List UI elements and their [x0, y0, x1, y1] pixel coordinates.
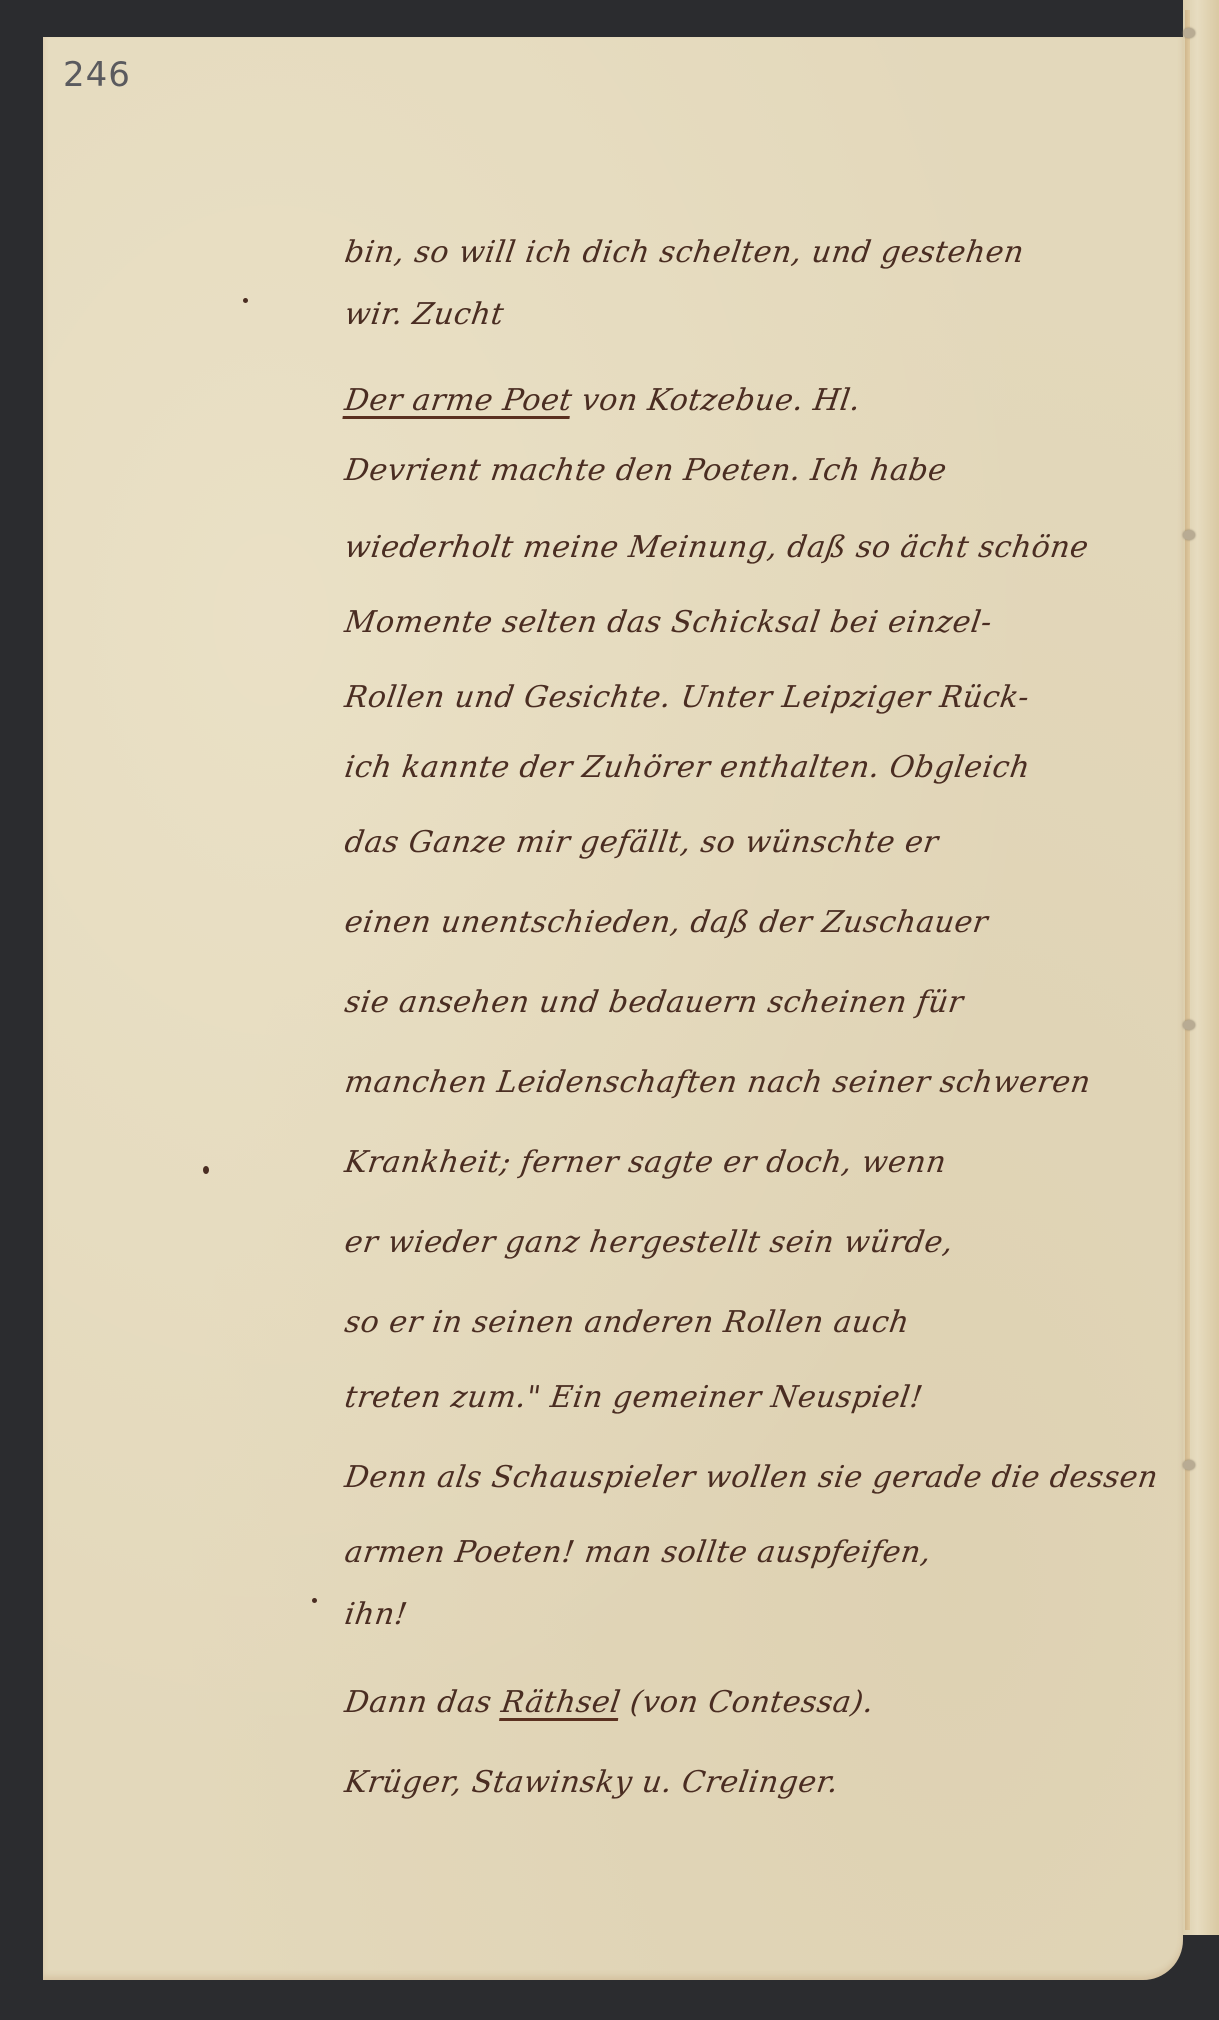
text-line: Devrient machte den Poeten. Ich habe [343, 453, 950, 488]
play-title: Räthsel [499, 1685, 623, 1720]
title-line: Dann das Räthsel (von Contessa). [343, 1685, 877, 1720]
binding-strip [1185, 10, 1190, 1930]
text-line: er wieder ganz hergestellt sein würde, [343, 1225, 956, 1260]
text-line: ich kannte der Zuhörer enthalten. Obglei… [343, 750, 1033, 785]
text-line: Denn als Schauspieler wollen sie gerade … [343, 1460, 1161, 1495]
text-line: wir. Zucht [343, 297, 507, 332]
binding-stitch [1183, 1460, 1195, 1470]
ink-dot [243, 298, 248, 303]
text-line: ihn! [343, 1597, 410, 1632]
binding-stitch [1183, 530, 1195, 540]
ink-dot [312, 1598, 317, 1603]
author-note: von Kotzebue. Hl. [570, 383, 863, 418]
text-line: Rollen und Gesichte. Unter Leipziger Rüc… [343, 680, 1032, 715]
manuscript-scan: 246 bin, so will ich dich schelten, und … [0, 0, 1219, 2020]
folio-number: 246 [63, 55, 131, 95]
text-line: sie ansehen und bedauern scheinen für [343, 985, 966, 1020]
text-line: armen Poeten! man sollte auspfeifen, [343, 1535, 934, 1570]
text-line: treten zum." Ein gemeiner Neuspiel! [343, 1380, 926, 1415]
text-line: so er in seinen anderen Rollen auch [343, 1305, 912, 1340]
text-line: Momente selten das Schicksal bei einzel- [343, 605, 995, 640]
author-note: (von Contessa). [618, 1685, 876, 1720]
text-line: das Ganze mir gefällt, so wünschte er [343, 825, 941, 860]
title-line: Der arme Poet von Kotzebue. Hl. [343, 383, 863, 418]
ink-dot [203, 1166, 209, 1174]
binding-stitch [1183, 1020, 1195, 1030]
play-title: Der arme Poet [343, 383, 575, 418]
text-line: Krankheit; ferner sagte er doch, wenn [343, 1145, 949, 1180]
binding-stitch [1183, 28, 1195, 38]
text-line: einen unentschieden, daß der Zuschauer [343, 905, 991, 940]
text-line: bin, so will ich dich schelten, und gest… [343, 235, 1027, 270]
text-line: manchen Leidenschaften nach seiner schwe… [343, 1065, 1093, 1100]
intro-text: Dann das [343, 1685, 505, 1720]
text-line: wiederholt meine Meinung, daß so ächt sc… [343, 530, 1091, 565]
cast-line: Krüger, Stawinsky u. Crelinger. [343, 1765, 841, 1800]
